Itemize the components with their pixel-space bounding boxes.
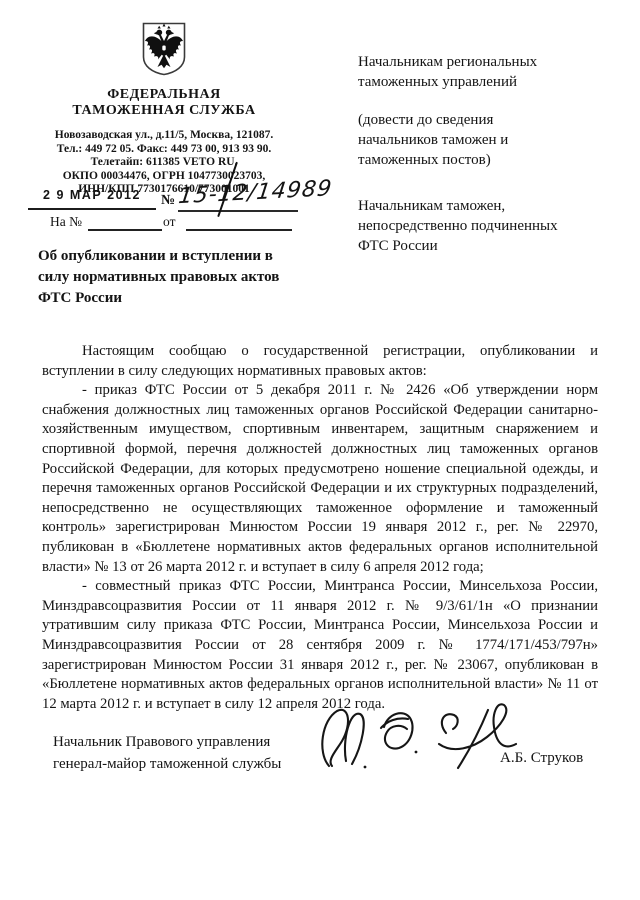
organization-name: ФЕДЕРАЛЬНАЯ ТАМОЖЕННАЯ СЛУЖБА	[28, 87, 300, 119]
handwritten-outgoing-number: 15-12/14989	[177, 178, 301, 210]
date-stamp: 2 9 МАР 2012	[28, 186, 156, 210]
body-paragraph-intro: Настоящим сообщаю о государственной реги…	[42, 342, 598, 381]
coat-of-arms-icon	[141, 22, 187, 76]
handwritten-signature-icon	[315, 698, 530, 780]
incoming-number-label: На №	[50, 214, 82, 230]
number-underline	[178, 210, 298, 212]
incoming-date-label: от	[163, 214, 175, 230]
addressee-customs-houses: Начальникам таможен, непосредственно под…	[358, 196, 610, 256]
body-paragraph-order-2426: - приказ ФТС России от 5 декабря 2011 г.…	[42, 381, 598, 577]
number-label: №	[161, 193, 175, 209]
letter-body: Настоящим сообщаю о государственной реги…	[42, 342, 598, 714]
letterhead: ФЕДЕРАЛЬНАЯ ТАМОЖЕННАЯ СЛУЖБА Новозаводс…	[28, 22, 300, 197]
incoming-date-blank-line	[186, 229, 292, 231]
addressee-regional-directorates: Начальникам региональных таможенных упра…	[358, 52, 610, 92]
scanned-letter-page: ФЕДЕРАЛЬНАЯ ТАМОЖЕННАЯ СЛУЖБА Новозаводс…	[0, 0, 640, 900]
addressee-note: (довести до сведения начальников таможен…	[358, 110, 610, 170]
address-line: Новозаводская ул., д.11/5, Москва, 12108…	[28, 129, 300, 143]
address-line: Телетайп: 611385 VETO RU.	[28, 156, 300, 170]
signer-name: А.Б. Струков	[500, 750, 583, 767]
incoming-number-blank-line	[88, 229, 162, 231]
body-paragraph-joint-order: - совместный приказ ФТС России, Минтранс…	[42, 577, 598, 714]
signer-position: Начальник Правового управления генерал-м…	[53, 731, 353, 775]
address-line: Тел.: 449 72 05. Факс: 449 73 00, 913 93…	[28, 143, 300, 157]
letter-subject: Об опубликовании и вступлении в силу нор…	[38, 246, 318, 309]
